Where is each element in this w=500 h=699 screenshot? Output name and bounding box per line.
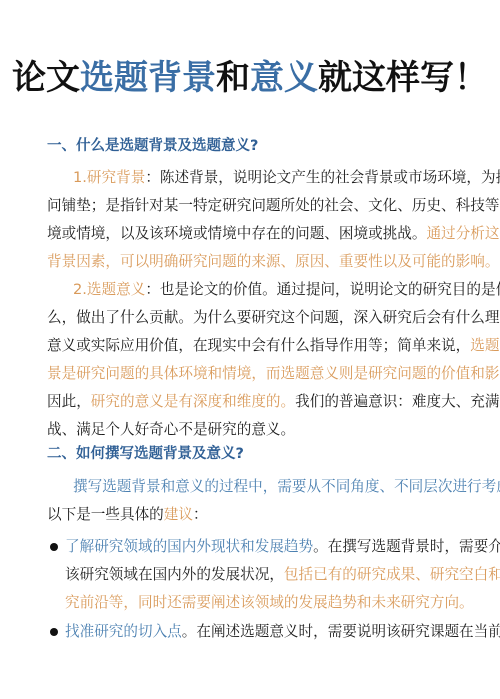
highlight-line: 景是研究问题的具体环境和情境，而选题意义则是研究问题的价值和影响。: [47, 360, 455, 388]
bullet-dot-icon: [50, 628, 58, 636]
intro-blue-span: 撰写选题背景和意义的过程中，需要从不同角度、不同层次进行考虑，: [73, 478, 500, 495]
text-span: ：: [193, 506, 208, 523]
highlight-span: 研究的意义是有深度和维度的。: [91, 393, 295, 410]
highlight-line: 究前沿等，同时还需要阐述该领域的发展趋势和未来研究方向。: [65, 589, 455, 617]
paragraph-research-background: 1.研究背景：陈述背景，说明论文产生的社会背景或市场环境，为提 问铺垫；是指针对…: [47, 164, 455, 276]
suggestion-highlight: 建议: [164, 506, 193, 523]
text-span: 因此，: [47, 393, 91, 410]
title-part-3: 和: [216, 58, 250, 98]
bullet-2-key: 找准研究的切入点: [65, 623, 182, 640]
bullet-dot-icon: [50, 543, 58, 551]
bullet-item-1: 了解研究领域的国内外现状和发展趋势。在撰写选题背景时，需要介绍 该研究领域在国内…: [47, 533, 455, 617]
paragraph-topic-significance: 2.选题意义：也是论文的价值。通过提问，说明论文的研究目的是什 么，做出了什么贡…: [47, 276, 455, 444]
highlight-span: 包括已有的研究成果、研究空白和研: [284, 566, 500, 583]
text-line: 么，做出了什么贡献。为什么要研究这个问题，深入研究后会有什么理论: [47, 304, 455, 332]
title-part-4: 意义: [250, 58, 318, 98]
title-part-2: 选题背景: [80, 58, 216, 98]
highlight-span: 选题背: [470, 337, 500, 354]
text-span: 意义或实际应用价值，在现实中会有什么指导作用等；简单来说，: [47, 337, 470, 354]
section-2-heading: 二、如何撰写选题背景及意义?: [47, 444, 244, 464]
topic-significance-label: 2.选题意义: [73, 281, 145, 298]
text-line: 战、满足个人好奇心不是研究的意义。: [47, 416, 455, 444]
paragraph-writing-intro: 撰写选题背景和意义的过程中，需要从不同角度、不同层次进行考虑， 以下是一些具体的…: [47, 473, 455, 529]
page-title: 论文选题背景和意义就这样写！: [0, 56, 500, 100]
text-span: 以下是一些具体的: [47, 506, 164, 523]
highlight-line: 背景因素，可以明确研究问题的来源、原因、重要性以及可能的影响。: [47, 248, 455, 276]
highlight-span: 通过分析这些: [426, 225, 500, 242]
text-span: ：也是论文的价值。通过提问，说明论文的研究目的是什: [145, 281, 500, 298]
text-span: ：陈述背景，说明论文产生的社会背景或市场环境，为提: [145, 169, 500, 186]
research-background-label: 1.研究背景: [73, 169, 145, 186]
text-line: 问铺垫；是指针对某一特定研究问题所处的社会、文化、历史、科技等环: [47, 192, 455, 220]
text-span: 。在阐述选题意义时，需要说明该研究课题在当前研: [182, 623, 500, 640]
title-part-5: 就这样写！: [318, 58, 488, 98]
text-span: 我们的普遍意识：难度大、充满挑: [295, 393, 500, 410]
text-span: 境或情境，以及该环境或情境中存在的问题、困境或挑战。: [47, 225, 426, 242]
bullet-item-2: 找准研究的切入点。在阐述选题意义时，需要说明该研究课题在当前研: [47, 618, 455, 646]
text-span: 。在撰写选题背景时，需要介绍: [313, 538, 500, 555]
text-span: 该研究领域在国内外的发展状况，: [65, 566, 284, 583]
title-part-1: 论文: [12, 58, 80, 98]
section-1-heading: 一、什么是选题背景及选题意义?: [47, 136, 258, 156]
bullet-1-key: 了解研究领域的国内外现状和发展趋势: [65, 538, 313, 555]
